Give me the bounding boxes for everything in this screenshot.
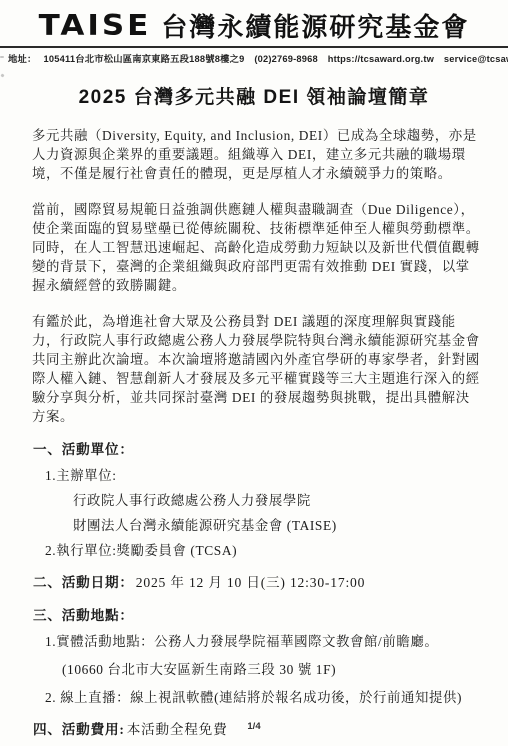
scan-artifact — [0, 73, 4, 77]
website-url[interactable]: https://tcsaward.org.tw — [328, 54, 434, 64]
intro-paragraph-1: 多元共融（Diversity, Equity, and Inclusion, D… — [32, 126, 480, 183]
document-title: 2025 台灣多元共融 DEI 領袖論壇簡章 — [0, 82, 508, 109]
section-list: 一、活動單位： 1.主辦單位: 行政院人事行政總處公務人力發展學院 財團法人台灣… — [0, 440, 508, 740]
letterhead: TAISE 台灣永續能源研究基金會 地址：105411台北市松山區南京東路五段1… — [0, 0, 508, 65]
intro-paragraph-2: 當前，國際貿易規範日益強調供應鏈人權與盡職調查（Due Diligence），使… — [32, 200, 480, 295]
section-heading-text: 一、活動單位： — [33, 442, 134, 457]
intro-paragraph-3: 有鑑於此，為增進社會大眾及公務員對 DEI 議題的深度理解與實踐能力，行政院人事… — [32, 312, 480, 426]
location-item: 1.實體活動地點：公務人力發展學院福華國際文教會館/前瞻廳。 — [0, 632, 508, 651]
address-value: 105411台北市松山區南京東路五段188號8樓之9 — [44, 54, 245, 64]
email-address[interactable]: service@tcsaward.org.tw — [444, 54, 508, 64]
document-body: 2025 台灣多元共融 DEI 領袖論壇簡章 多元共融（Diversity, E… — [0, 82, 508, 740]
organizer-item: 財團法人台灣永續能源研究基金會 (TAISE) — [0, 516, 508, 535]
document-page: TAISE 台灣永續能源研究基金會 地址：105411台北市松山區南京東路五段1… — [0, 0, 508, 746]
taise-logo: TAISE 台灣永續能源研究基金會 — [0, 7, 508, 44]
section-location: 三、活動地點： 1.實體活動地點：公務人力發展學院福華國際文教會館/前瞻廳。 (… — [0, 606, 508, 707]
taise-logo-chinese-name: 台灣永續能源研究基金會 — [161, 7, 469, 44]
section-location-heading: 三、活動地點： — [0, 606, 508, 626]
section-heading-text: 三、活動地點： — [33, 608, 134, 623]
section-organizers: 一、活動單位： 1.主辦單位: 行政院人事行政總處公務人力發展學院 財團法人台灣… — [0, 440, 508, 560]
organizer-item: 1.主辦單位: — [0, 466, 508, 485]
page-footer: 1/4 — [0, 721, 508, 732]
location-address: (10660 台北市大安區新生南路三段 30 號 1F) — [0, 660, 508, 679]
organizer-item: 行政院人事行政總處公務人力發展學院 — [0, 491, 508, 510]
page-number: 1/4 — [247, 721, 260, 732]
section-organizers-heading: 一、活動單位： — [0, 440, 508, 460]
section-heading-text: 二、活動日期： — [33, 575, 134, 590]
location-item: 2. 線上直播：線上視訊軟體(連結將於報名成功後，於行前通知提供) — [0, 688, 508, 707]
section-date: 二、活動日期：2025 年 12 月 10 日(三) 12:30-17:00 — [0, 573, 508, 593]
address-line: 地址：105411台北市松山區南京東路五段188號8樓之9 (02)2769-8… — [0, 48, 508, 65]
section-date-heading: 二、活動日期：2025 年 12 月 10 日(三) 12:30-17:00 — [0, 573, 508, 593]
event-date-value: 2025 年 12 月 10 日(三) 12:30-17:00 — [136, 575, 365, 590]
taise-logo-wordmark: TAISE — [39, 9, 152, 42]
organizer-item: 2.執行單位:獎勵委員會 (TCSA) — [0, 541, 508, 560]
phone-number: (02)2769-8968 — [254, 54, 318, 64]
scan-artifact — [0, 56, 4, 58]
address-label: 地址： — [8, 54, 37, 64]
